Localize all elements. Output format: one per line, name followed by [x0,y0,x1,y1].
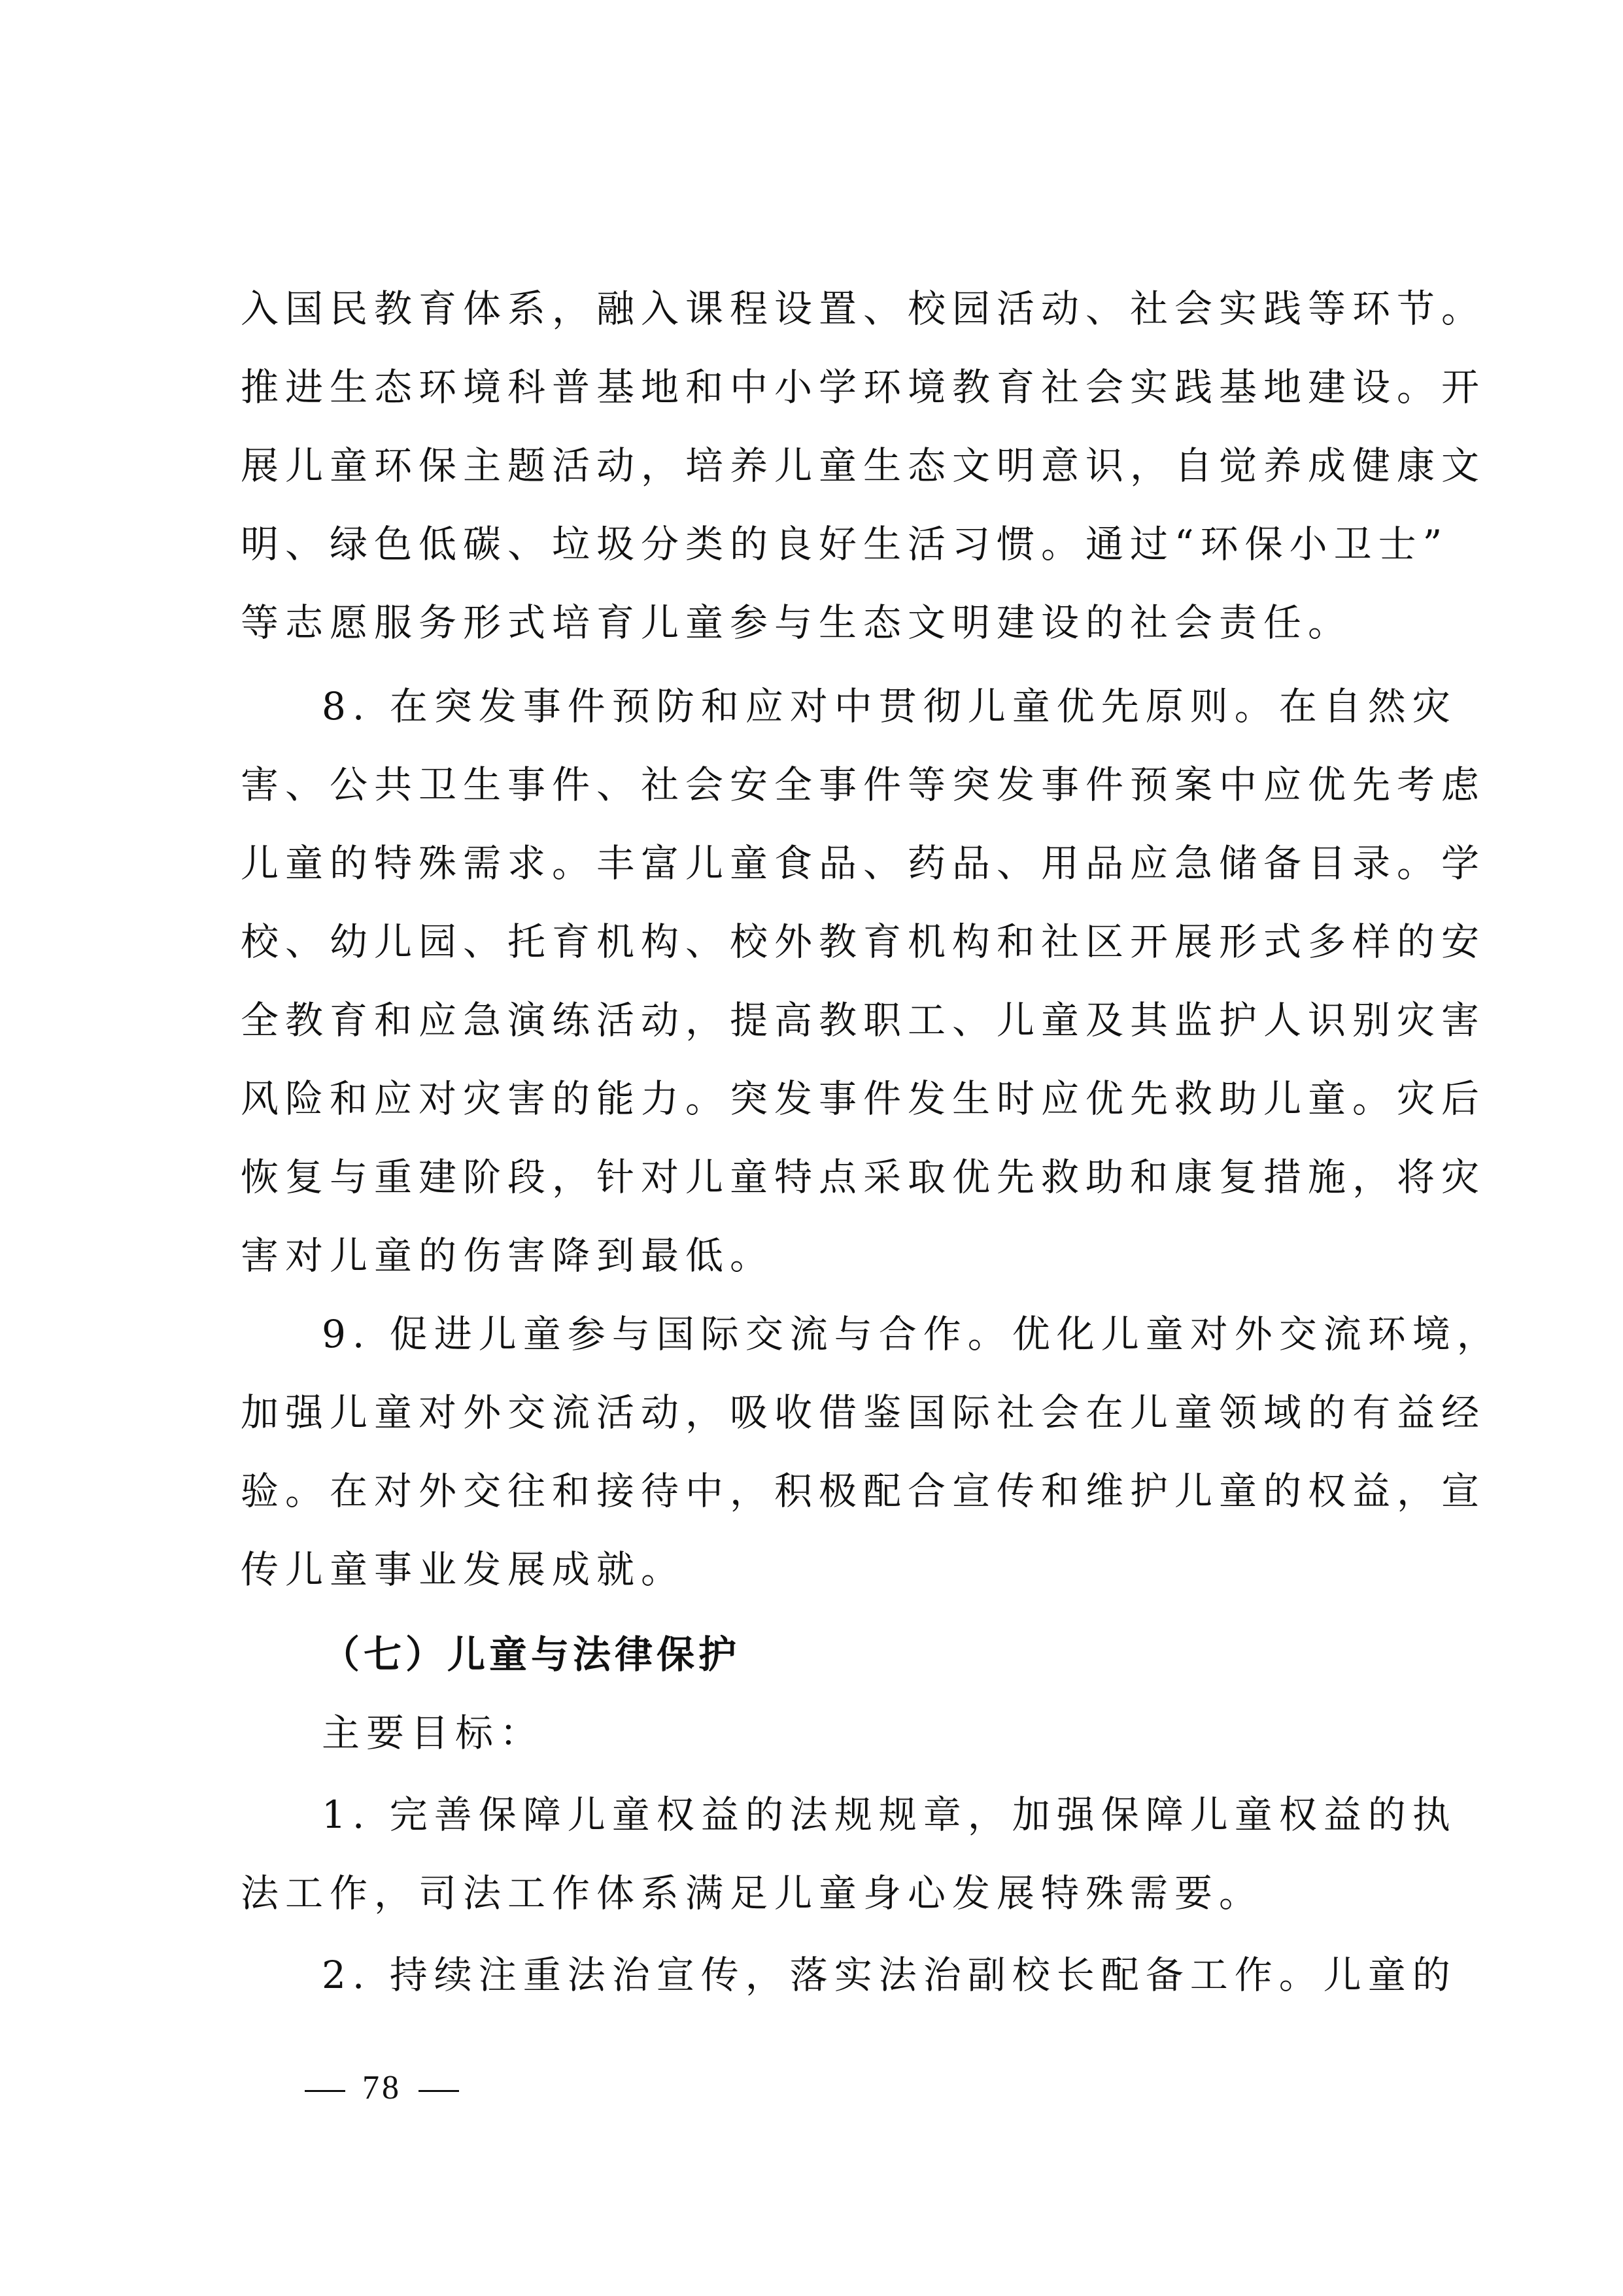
text-line: 恢复与重建阶段，针对儿童特点采取优先救助和康复措施，将灾 [241,1151,1423,1203]
text-line: 风险和应对灾害的能力。突发事件发生时应优先救助儿童。灾后 [241,1072,1423,1125]
text-line: 传儿童事业发展成就。 [241,1543,1423,1596]
text-line: 推进生态环境科普基地和中小学环境教育社会实践基地建设。开 [241,361,1423,413]
text-line: 明、绿色低碳、垃圾分类的良好生活习惯。通过“环保小卫士” [241,518,1423,570]
text-line: 加强儿童对外交流活动，吸收借鉴国际社会在儿童领域的有益经 [241,1386,1423,1439]
text-line: 儿童的特殊需求。丰富儿童食品、药品、用品应急储备目录。学 [241,837,1423,889]
text-line: 展儿童环保主题活动，培养儿童生态文明意识，自觉养成健康文 [241,439,1423,492]
text-line: 校、幼儿园、托育机构、校外教育机构和社区开展形式多样的安 [241,916,1423,968]
dash-right [419,2090,459,2092]
text-line: 全教育和应急演练活动，提高教职工、儿童及其监护人识别灾害 [241,994,1423,1046]
goals-label: 主要目标： [322,1707,1423,1759]
text-line: 验。在对外交往和接待中，积极配合宣传和维护儿童的权益，宣 [241,1465,1423,1517]
text-line: 法工作，司法工作体系满足儿童身心发展特殊需要。 [241,1867,1423,1919]
document-page: 入国民教育体系，融入课程设置、校园活动、社会实践等环节。 推进生态环境科普基地和… [0,0,1623,2296]
text-line: 害对儿童的伤害降到最低。 [241,1229,1423,1282]
text-line: 8. 在突发事件预防和应对中贯彻儿童优先原则。在自然灾 [322,680,1423,732]
section-heading: （七）儿童与法律保护 [322,1628,1423,1681]
text-line: 害、公共卫生事件、社会安全事件等突发事件预案中应优先考虑 [241,759,1423,811]
text-line: 等志愿服务形式培育儿童参与生态文明建设的社会责任。 [241,596,1423,649]
dash-left [305,2090,345,2092]
text-line: 1. 完善保障儿童权益的法规规章，加强保障儿童权益的执 [322,1789,1423,1841]
page-number: 78 [362,2069,401,2106]
text-line: 2. 持续注重法治宣传，落实法治副校长配备工作。儿童的 [322,1949,1423,2001]
text-line: 9. 促进儿童参与国际交流与合作。优化儿童对外交流环境， [322,1308,1423,1360]
page-footer: 78 [288,2065,476,2111]
text-line: 入国民教育体系，融入课程设置、校园活动、社会实践等环节。 [241,283,1423,335]
